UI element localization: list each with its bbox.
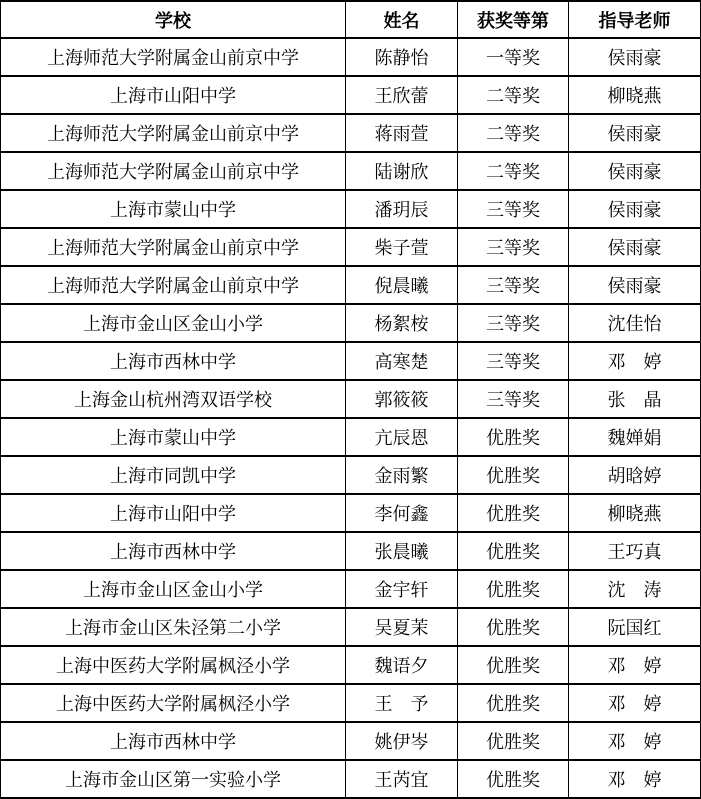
table-row: 上海市西林中学姚伊岑优胜奖邓 婷 (1, 722, 701, 760)
col-header-award: 获奖等第 (458, 1, 569, 38)
cell-name: 王 予 (346, 684, 458, 722)
award-table: 学校 姓名 获奖等第 指导老师 上海师范大学附属金山前京中学陈静怡一等奖侯雨豪上… (0, 0, 701, 799)
cell-award: 三等奖 (458, 342, 569, 380)
table-row: 上海中医药大学附属枫泾小学魏语夕优胜奖邓 婷 (1, 646, 701, 684)
cell-school: 上海市金山区第一实验小学 (1, 760, 346, 798)
cell-school: 上海市同凯中学 (1, 456, 346, 494)
cell-name: 高寒楚 (346, 342, 458, 380)
cell-name: 郭筱筱 (346, 380, 458, 418)
cell-teacher: 侯雨豪 (569, 228, 701, 266)
header-row: 学校 姓名 获奖等第 指导老师 (1, 1, 701, 38)
cell-award: 优胜奖 (458, 760, 569, 798)
cell-name: 柴子萱 (346, 228, 458, 266)
cell-award: 三等奖 (458, 380, 569, 418)
cell-name: 蒋雨萱 (346, 114, 458, 152)
cell-school: 上海市金山区金山小学 (1, 304, 346, 342)
cell-award: 二等奖 (458, 152, 569, 190)
cell-teacher: 邓 婷 (569, 342, 701, 380)
table-body: 上海师范大学附属金山前京中学陈静怡一等奖侯雨豪上海市山阳中学王欣蕾二等奖柳晓燕上… (1, 38, 701, 798)
award-list-page: 学校 姓名 获奖等第 指导老师 上海师范大学附属金山前京中学陈静怡一等奖侯雨豪上… (0, 0, 701, 799)
cell-teacher: 邓 婷 (569, 684, 701, 722)
cell-name: 倪晨曦 (346, 266, 458, 304)
cell-award: 优胜奖 (458, 646, 569, 684)
cell-teacher: 侯雨豪 (569, 266, 701, 304)
cell-teacher: 沈 涛 (569, 570, 701, 608)
cell-teacher: 张 晶 (569, 380, 701, 418)
cell-award: 优胜奖 (458, 684, 569, 722)
cell-teacher: 阮国红 (569, 608, 701, 646)
cell-award: 三等奖 (458, 266, 569, 304)
table-row: 上海师范大学附属金山前京中学陈静怡一等奖侯雨豪 (1, 38, 701, 76)
table-row: 上海市同凯中学金雨繁优胜奖胡晗婷 (1, 456, 701, 494)
cell-award: 优胜奖 (458, 608, 569, 646)
cell-name: 魏语夕 (346, 646, 458, 684)
cell-teacher: 侯雨豪 (569, 38, 701, 76)
cell-name: 杨絮桉 (346, 304, 458, 342)
cell-name: 王欣蕾 (346, 76, 458, 114)
cell-teacher: 王巧真 (569, 532, 701, 570)
col-header-name: 姓名 (346, 1, 458, 38)
cell-school: 上海金山杭州湾双语学校 (1, 380, 346, 418)
cell-teacher: 柳晓燕 (569, 494, 701, 532)
cell-name: 陈静怡 (346, 38, 458, 76)
cell-name: 李何鑫 (346, 494, 458, 532)
cell-name: 陆谢欣 (346, 152, 458, 190)
table-row: 上海市山阳中学王欣蕾二等奖柳晓燕 (1, 76, 701, 114)
cell-school: 上海师范大学附属金山前京中学 (1, 266, 346, 304)
cell-name: 姚伊岑 (346, 722, 458, 760)
cell-award: 优胜奖 (458, 494, 569, 532)
cell-teacher: 魏婵娟 (569, 418, 701, 456)
cell-teacher: 邓 婷 (569, 760, 701, 798)
table-row: 上海市山阳中学李何鑫优胜奖柳晓燕 (1, 494, 701, 532)
cell-name: 金雨繁 (346, 456, 458, 494)
cell-school: 上海市西林中学 (1, 532, 346, 570)
table-row: 上海师范大学附属金山前京中学蒋雨萱二等奖侯雨豪 (1, 114, 701, 152)
table-row: 上海金山杭州湾双语学校郭筱筱三等奖张 晶 (1, 380, 701, 418)
table-row: 上海市西林中学张晨曦优胜奖王巧真 (1, 532, 701, 570)
cell-school: 上海市山阳中学 (1, 494, 346, 532)
cell-school: 上海师范大学附属金山前京中学 (1, 228, 346, 266)
cell-school: 上海中医药大学附属枫泾小学 (1, 646, 346, 684)
cell-name: 王芮宜 (346, 760, 458, 798)
cell-teacher: 侯雨豪 (569, 152, 701, 190)
cell-school: 上海市山阳中学 (1, 76, 346, 114)
cell-school: 上海市西林中学 (1, 342, 346, 380)
cell-teacher: 邓 婷 (569, 646, 701, 684)
col-header-teacher: 指导老师 (569, 1, 701, 38)
cell-teacher: 胡晗婷 (569, 456, 701, 494)
cell-name: 亢辰恩 (346, 418, 458, 456)
cell-name: 吴夏茉 (346, 608, 458, 646)
cell-award: 优胜奖 (458, 456, 569, 494)
cell-school: 上海师范大学附属金山前京中学 (1, 38, 346, 76)
table-row: 上海市金山区朱泾第二小学吴夏茉优胜奖阮国红 (1, 608, 701, 646)
cell-award: 一等奖 (458, 38, 569, 76)
table-row: 上海市金山区金山小学金宇轩优胜奖沈 涛 (1, 570, 701, 608)
cell-school: 上海市蒙山中学 (1, 190, 346, 228)
cell-award: 优胜奖 (458, 418, 569, 456)
table-row: 上海师范大学附属金山前京中学陆谢欣二等奖侯雨豪 (1, 152, 701, 190)
cell-school: 上海市西林中学 (1, 722, 346, 760)
col-header-school: 学校 (1, 1, 346, 38)
cell-award: 二等奖 (458, 76, 569, 114)
cell-award: 二等奖 (458, 114, 569, 152)
table-row: 上海中医药大学附属枫泾小学王 予优胜奖邓 婷 (1, 684, 701, 722)
cell-school: 上海市金山区金山小学 (1, 570, 346, 608)
table-row: 上海市蒙山中学亢辰恩优胜奖魏婵娟 (1, 418, 701, 456)
cell-school: 上海师范大学附属金山前京中学 (1, 152, 346, 190)
table-row: 上海市金山区金山小学杨絮桉三等奖沈佳怡 (1, 304, 701, 342)
cell-name: 金宇轩 (346, 570, 458, 608)
cell-teacher: 邓 婷 (569, 722, 701, 760)
cell-teacher: 沈佳怡 (569, 304, 701, 342)
table-row: 上海市金山区第一实验小学王芮宜优胜奖邓 婷 (1, 760, 701, 798)
cell-award: 三等奖 (458, 304, 569, 342)
table-row: 上海师范大学附属金山前京中学柴子萱三等奖侯雨豪 (1, 228, 701, 266)
cell-teacher: 柳晓燕 (569, 76, 701, 114)
table-row: 上海师范大学附属金山前京中学倪晨曦三等奖侯雨豪 (1, 266, 701, 304)
cell-award: 优胜奖 (458, 532, 569, 570)
cell-teacher: 侯雨豪 (569, 190, 701, 228)
cell-school: 上海市蒙山中学 (1, 418, 346, 456)
cell-award: 三等奖 (458, 228, 569, 266)
cell-name: 潘玥辰 (346, 190, 458, 228)
cell-school: 上海中医药大学附属枫泾小学 (1, 684, 346, 722)
cell-teacher: 侯雨豪 (569, 114, 701, 152)
cell-name: 张晨曦 (346, 532, 458, 570)
table-row: 上海市西林中学高寒楚三等奖邓 婷 (1, 342, 701, 380)
cell-award: 优胜奖 (458, 722, 569, 760)
table-row: 上海市蒙山中学潘玥辰三等奖侯雨豪 (1, 190, 701, 228)
cell-award: 优胜奖 (458, 570, 569, 608)
cell-award: 三等奖 (458, 190, 569, 228)
cell-school: 上海师范大学附属金山前京中学 (1, 114, 346, 152)
cell-school: 上海市金山区朱泾第二小学 (1, 608, 346, 646)
